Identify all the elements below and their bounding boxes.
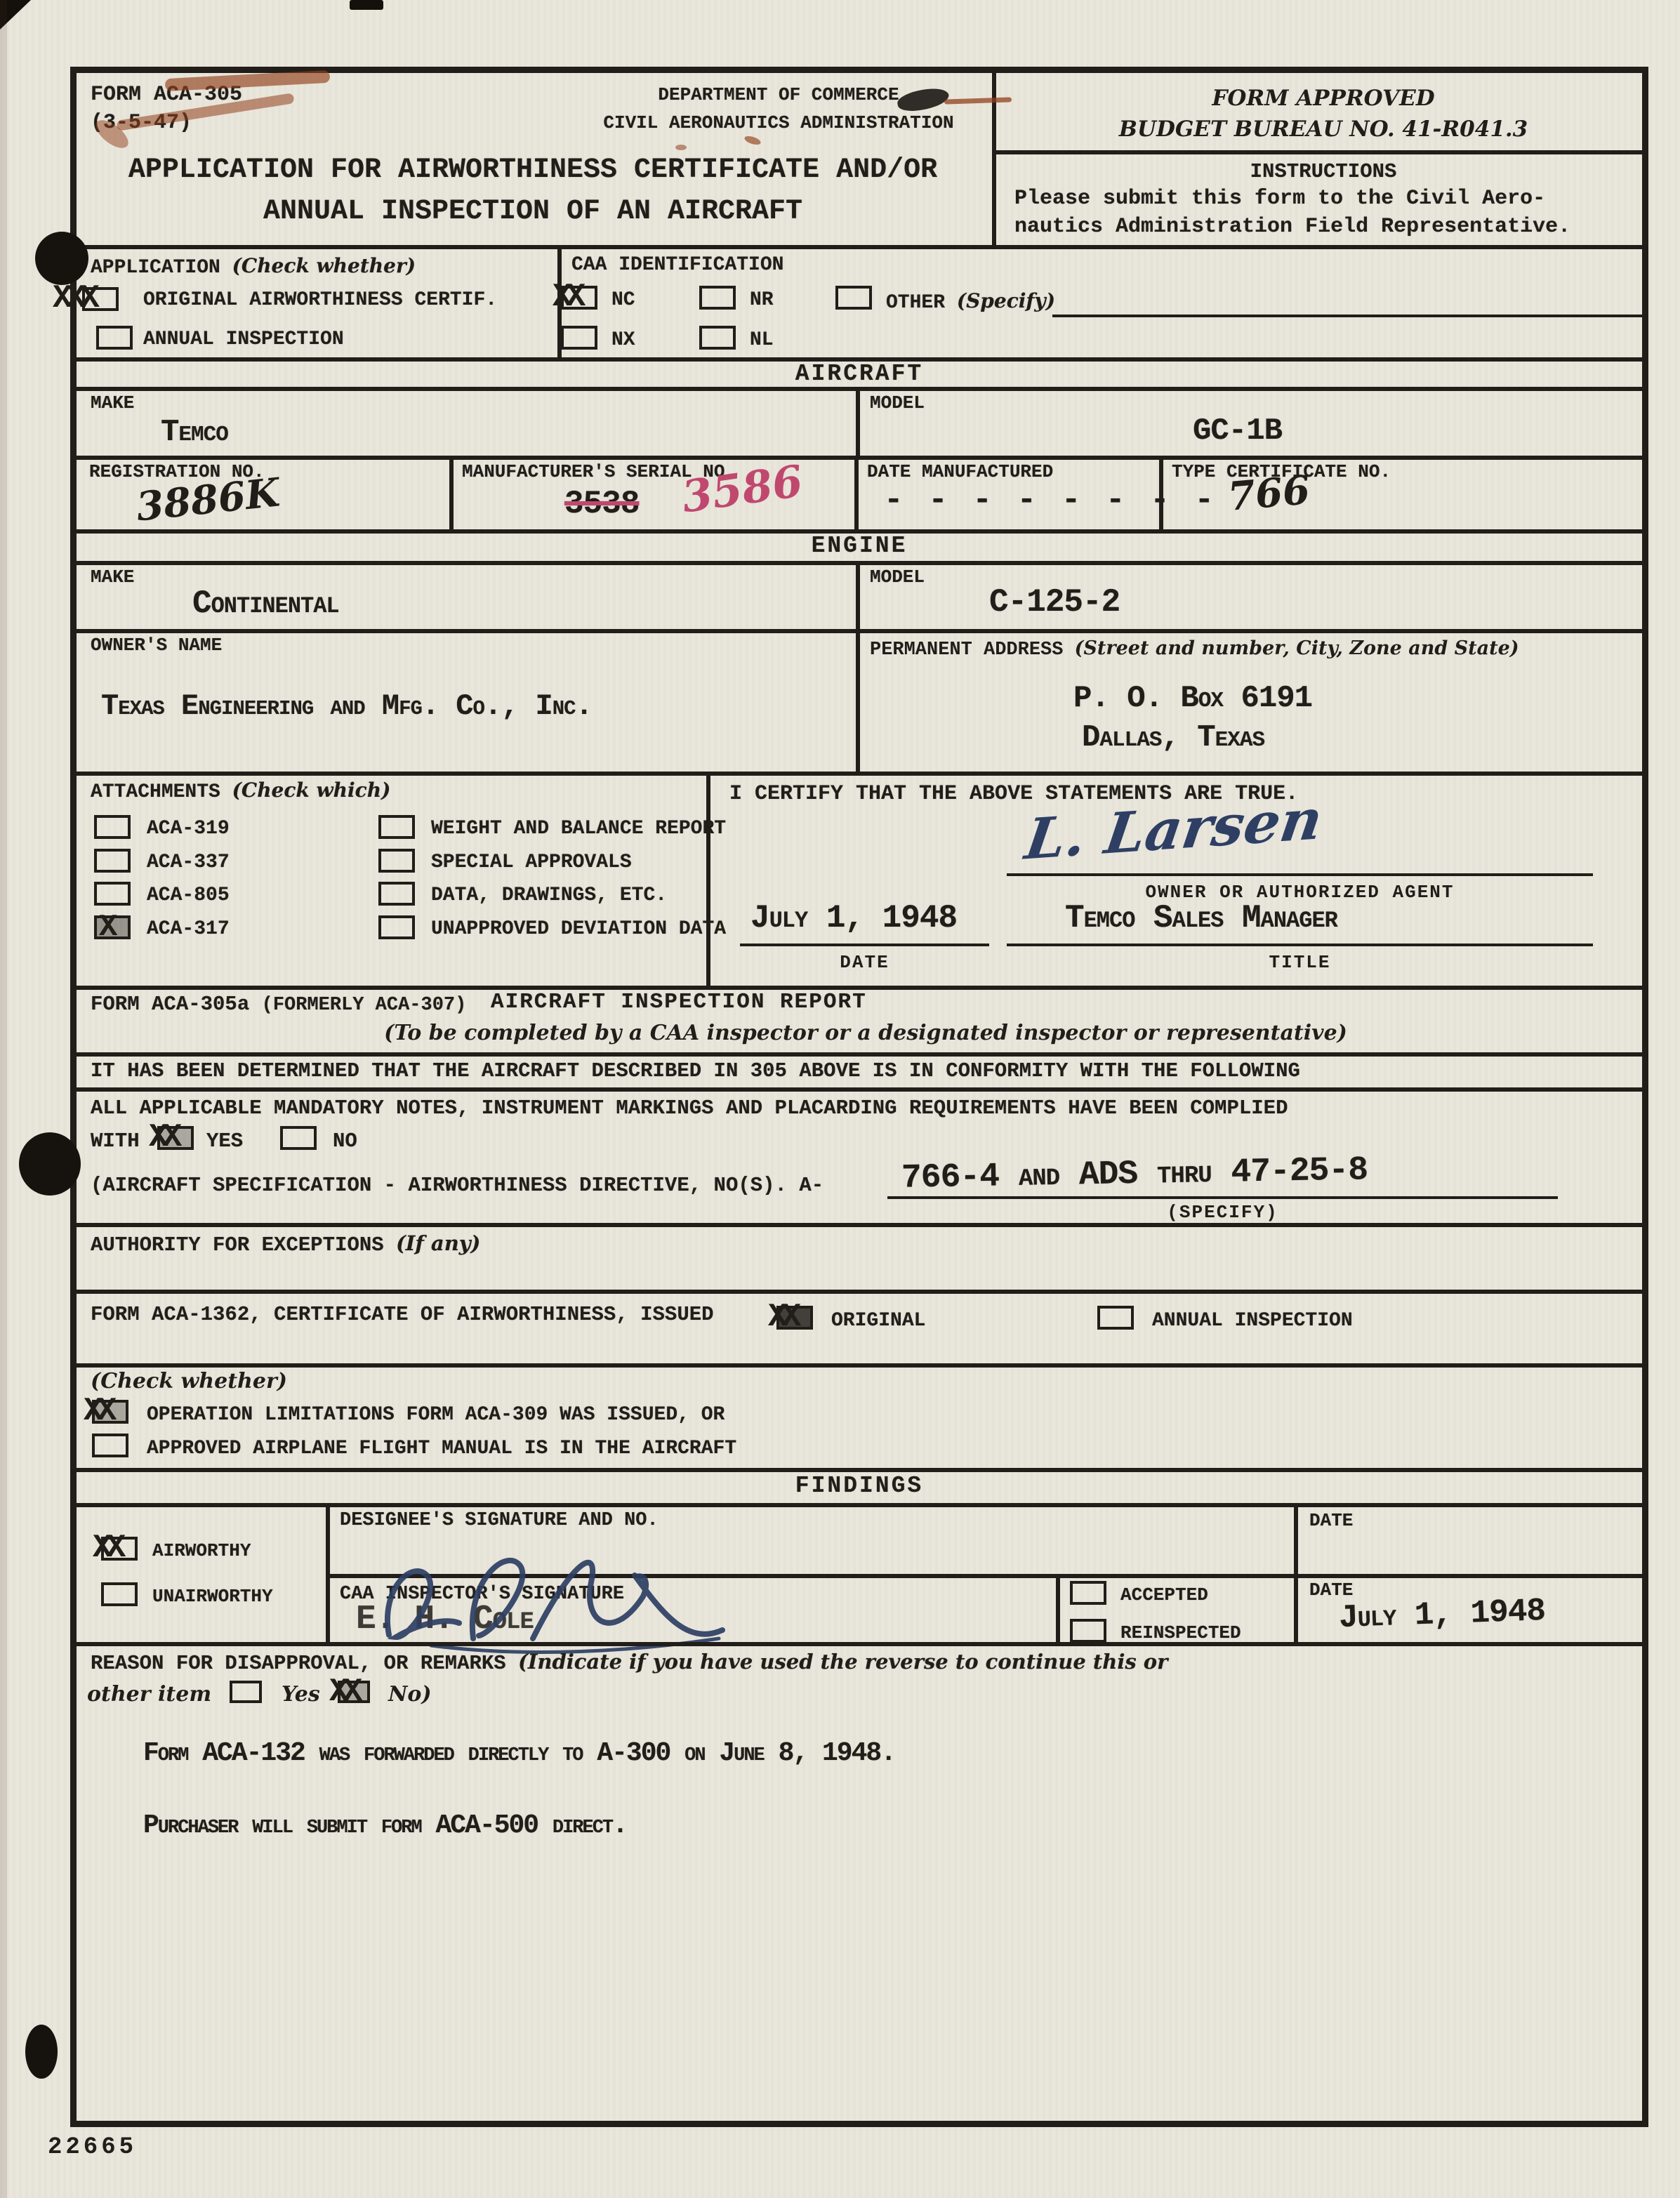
divider-line	[77, 629, 1642, 633]
checkbox-complied-yes[interactable]: XX	[157, 1126, 194, 1150]
divider-line	[854, 456, 859, 529]
option-label-weight-balance: WEIGHT AND BALANCE REPORT	[431, 818, 726, 840]
aircraft-model-label: MODEL	[870, 392, 925, 413]
page-title: APPLICATION FOR AIRWORTHINESS CERTIFICAT…	[119, 154, 947, 227]
check-mark: XX	[149, 1119, 176, 1156]
divider-line	[856, 561, 860, 772]
instructions-body: Please submit this form to the Civil Aer…	[1014, 187, 1646, 239]
divider-line	[326, 1503, 330, 1642]
remarks-note-line1: (Indicate if you have used the reverse t…	[518, 1650, 1168, 1674]
page-title-line2: ANNUAL INSPECTION OF AN AIRCRAFT	[119, 196, 947, 227]
checkbox-original-airworthiness-certif[interactable]: XXX	[82, 287, 119, 311]
remarks-note-item: other item	[87, 1682, 211, 1707]
permanent-address-label: PERMANENT ADDRESS (Street and number, Ci…	[870, 635, 1628, 664]
certify-title-value: Temco Sales Manager	[1065, 900, 1337, 936]
option-label-airworthy: AIRWORTHY	[152, 1540, 251, 1561]
authority-exceptions-label: AUTHORITY FOR EXCEPTIONS (If any)	[91, 1231, 480, 1257]
divider-line	[706, 772, 710, 986]
other-label-text: OTHER	[886, 292, 945, 314]
engine-make-value: Continental	[192, 585, 339, 622]
report-title: AIRCRAFT INSPECTION REPORT	[491, 990, 867, 1014]
checkbox-unapproved-deviation[interactable]	[378, 915, 415, 939]
rust-stain	[675, 145, 687, 150]
remarks-yes-label: Yes	[282, 1682, 320, 1707]
option-label-aca-805: ACA-805	[147, 885, 230, 906]
option-label-aca-337: ACA-337	[147, 852, 230, 873]
option-label-accepted: ACCEPTED	[1120, 1584, 1208, 1606]
complied-no-label: NO	[333, 1130, 357, 1153]
remarks-label: REASON FOR DISAPPROVAL, OR REMARKS (Indi…	[91, 1650, 1168, 1675]
checkbox-1362-original[interactable]: XX	[776, 1306, 813, 1330]
divider-line	[77, 1468, 1642, 1472]
checkbox-remarks-yes[interactable]	[230, 1681, 262, 1703]
option-label-unairworthy: UNAIRWORTHY	[152, 1586, 273, 1607]
budget-bureau-number: BUDGET BUREAU NO. 41-R041.3	[992, 117, 1655, 142]
report-form-label-text: FORM ACA-305a	[91, 993, 249, 1016]
option-label-flight-manual: APPROVED AIRPLANE FLIGHT MANUAL IS IN TH…	[147, 1438, 736, 1459]
option-label-reinspected: REINSPECTED	[1120, 1622, 1241, 1643]
with-label: WITH	[91, 1130, 140, 1153]
determination-statement: IT HAS BEEN DETERMINED THAT THE AIRCRAFT…	[91, 1059, 1300, 1083]
option-label-original-airworthiness: ORIGINAL AIRWORTHINESS CERTIF.	[143, 289, 497, 311]
check-mark: XX	[329, 1674, 357, 1710]
divider-line	[1294, 1503, 1298, 1642]
other-specify-field[interactable]	[1052, 315, 1642, 317]
checkbox-other[interactable]	[835, 286, 872, 310]
certify-date-value: July 1, 1948	[750, 900, 957, 936]
checkbox-remarks-no[interactable]: XX	[338, 1681, 370, 1703]
aircraft-model-value: GC-1B	[1193, 413, 1282, 449]
divider-line	[77, 1052, 1642, 1057]
attachments-label: ATTACHMENTS (Check which)	[91, 779, 390, 803]
application-note: (Check whether)	[232, 254, 416, 277]
remarks-no-label: No)	[388, 1682, 432, 1707]
punch-hole	[19, 1132, 81, 1196]
address-note: (Street and number, City, Zone and State…	[1075, 637, 1519, 659]
divider-line	[77, 1223, 1642, 1227]
caa-identification-label: CAA IDENTIFICATION	[571, 254, 783, 276]
remarks-line1: Form ACA-132 was forwarded directly to A…	[143, 1738, 895, 1768]
compliance-statement: ALL APPLICABLE MANDATORY NOTES, INSTRUME…	[91, 1097, 1288, 1120]
aca1362-label: FORM ACA-1362, CERTIFICATE OF AIRWORTHIN…	[91, 1303, 714, 1326]
aircraft-section-title: AIRCRAFT	[77, 361, 1642, 387]
type-certificate-value: 766	[1226, 467, 1311, 520]
checkbox-1362-annual-inspection[interactable]	[1097, 1306, 1134, 1330]
divider-line	[77, 1363, 1642, 1368]
scanned-form-page: FORM ACA-305 (3-5-47) DEPARTMENT OF COMM…	[0, 0, 1680, 2198]
findings-date1-label: DATE	[1309, 1510, 1353, 1531]
checkbox-nx[interactable]	[561, 326, 597, 350]
engine-model-label: MODEL	[870, 567, 925, 588]
specify-caption: (SPECIFY)	[887, 1202, 1558, 1223]
checkbox-operation-limitations[interactable]: XX	[92, 1400, 128, 1424]
attachments-note: (Check which)	[232, 779, 391, 802]
scan-edge-shadow	[0, 0, 7, 2198]
checkbox-accepted[interactable]	[1070, 1581, 1106, 1605]
option-label-annual-inspection: ANNUAL INSPECTION	[143, 329, 344, 350]
aircraft-make-value: Temco	[161, 415, 228, 450]
form-approved-box: FORM APPROVED BUDGET BUREAU NO. 41-R041.…	[992, 86, 1655, 142]
report-subtitle: (To be completed by a CAA inspector or a…	[77, 1021, 1655, 1045]
option-label-nx: NX	[611, 329, 635, 351]
punch-hole	[25, 2025, 58, 2079]
option-label-operation-limitations: OPERATION LIMITATIONS FORM ACA-309 WAS I…	[147, 1404, 725, 1426]
option-label-nl: NL	[750, 329, 774, 351]
checkbox-aca-337[interactable]	[94, 849, 131, 873]
attachments-label-text: ATTACHMENTS	[91, 781, 220, 803]
option-label-nc: NC	[611, 289, 635, 311]
divider-line	[77, 1642, 1642, 1646]
divider-line	[77, 1290, 1642, 1294]
owner-name-value: Texas Engineering and Mfg. Co., Inc.	[101, 689, 593, 723]
check-mark: XX	[93, 1530, 120, 1566]
date-manufactured-label: DATE MANUFACTURED	[867, 461, 1053, 482]
check-mark: XX	[768, 1299, 795, 1335]
checkbox-nl[interactable]	[699, 326, 736, 350]
divider-line	[1056, 1574, 1060, 1642]
owner-address-line1: P. O. Box 6191	[1073, 681, 1312, 716]
check-mark: XXX	[53, 280, 94, 317]
option-label-unapproved-deviation: UNAPPROVED DEVIATION DATA	[431, 918, 726, 940]
findings-date2-label: DATE	[1309, 1580, 1353, 1601]
divider-line	[77, 772, 1642, 776]
checkbox-reinspected[interactable]	[1070, 1619, 1106, 1643]
divider-line	[992, 150, 1642, 154]
authority-label-text: AUTHORITY FOR EXCEPTIONS	[91, 1233, 384, 1257]
checkbox-aca-317[interactable]: X	[94, 915, 131, 939]
certify-date-line[interactable]	[740, 944, 989, 946]
owner-address-line2: Dallas, Texas	[1082, 720, 1264, 755]
report-subtitle-text: (To be completed by a CAA inspector or a…	[384, 1021, 1347, 1045]
checkbox-aca-319[interactable]	[94, 815, 131, 839]
instructions-line1: Please submit this form to the Civil Aer…	[1014, 187, 1646, 211]
other-specify-note: (Specify)	[957, 289, 1055, 312]
engine-model-value: C-125-2	[989, 584, 1120, 621]
option-label-data-drawings: DATA, DRAWINGS, ETC.	[431, 885, 667, 906]
document-serial-stamp: 22665	[48, 2134, 137, 2161]
divider-line	[77, 1087, 1642, 1092]
checkbox-airworthy[interactable]: XX	[101, 1537, 138, 1561]
findings-section-title: FINDINGS	[77, 1473, 1642, 1499]
instructions-title: INSTRUCTIONS	[992, 160, 1655, 183]
report-formerly-note: (FORMERLY ACA-307)	[262, 995, 467, 1016]
divider-line	[77, 456, 1642, 460]
checkbox-aca-805[interactable]	[94, 882, 131, 906]
checkbox-unairworthy[interactable]	[101, 1582, 138, 1606]
checkbox-weight-balance-report[interactable]	[378, 815, 415, 839]
serial-typed-struck-value: 3538	[564, 486, 639, 522]
punch-hole	[35, 232, 88, 285]
check-mark: X	[99, 910, 117, 945]
application-label: APPLICATION (Check whether)	[91, 254, 416, 279]
form-border: FORM ACA-305 (3-5-47) DEPARTMENT OF COMM…	[70, 67, 1648, 2127]
option-label-nr: NR	[750, 289, 774, 311]
checkbox-nr[interactable]	[699, 286, 736, 310]
address-label-text: PERMANENT ADDRESS	[870, 640, 1063, 661]
designee-signature-label: DESIGNEE'S SIGNATURE AND NO.	[340, 1510, 659, 1531]
scan-edge-artifact	[350, 0, 383, 10]
option-label-aca-317: ACA-317	[147, 918, 230, 940]
spec-directive-value: 766-4 and ADS thru 47-25-8	[901, 1151, 1368, 1198]
divider-line	[856, 387, 860, 456]
spec-directive-label: (AIRCRAFT SPECIFICATION - AIRWORTHINESS …	[91, 1174, 824, 1197]
divider-line	[449, 456, 454, 529]
application-label-text: APPLICATION	[91, 257, 220, 279]
page-title-line1: APPLICATION FOR AIRWORTHINESS CERTIFICAT…	[119, 154, 947, 186]
checkbox-special-approvals[interactable]	[378, 849, 415, 873]
option-label-special-approvals: SPECIAL APPROVALS	[431, 852, 632, 873]
aircraft-make-label: MAKE	[91, 392, 134, 413]
certify-title-line[interactable]	[1007, 944, 1593, 946]
checkbox-nc[interactable]: XX	[561, 286, 597, 310]
check-mark: XX	[84, 1393, 111, 1429]
remarks-line2: Purchaser will submit form ACA-500 direc…	[143, 1810, 627, 1841]
owner-signature-line[interactable]	[1007, 873, 1593, 876]
authority-note: (If any)	[396, 1231, 480, 1255]
option-label-1362-annual: ANNUAL INSPECTION	[1152, 1310, 1353, 1332]
findings-date2-value: July 1, 1948	[1338, 1593, 1546, 1636]
option-label-aca-319: ACA-319	[147, 818, 230, 840]
checkbox-annual-inspection[interactable]	[96, 326, 133, 350]
instructions-line2: nautics Administration Field Representat…	[1014, 215, 1646, 239]
engine-make-label: MAKE	[91, 567, 134, 588]
option-label-other: OTHER (Specify)	[886, 289, 1055, 314]
remarks-label-text: REASON FOR DISAPPROVAL, OR REMARKS	[91, 1652, 506, 1675]
complied-yes-label: YES	[206, 1130, 243, 1153]
divider-line	[77, 245, 1642, 249]
checkbox-flight-manual[interactable]	[92, 1434, 128, 1457]
date-manufactured-value: - - - - - - - -	[884, 482, 1217, 519]
divider-line	[77, 1503, 1642, 1507]
spec-directive-line[interactable]	[887, 1196, 1558, 1199]
checkbox-data-drawings[interactable]	[378, 882, 415, 906]
checkbox-complied-no[interactable]	[280, 1126, 317, 1150]
report-form-number: FORM ACA-305a (FORMERLY ACA-307)	[91, 993, 466, 1016]
option-label-1362-original: ORIGINAL	[831, 1310, 925, 1332]
check-whether-note: (Check whether)	[91, 1369, 287, 1393]
owner-name-label: OWNER'S NAME	[91, 635, 222, 656]
check-mark: XX	[553, 279, 580, 315]
engine-section-title: ENGINE	[77, 533, 1642, 559]
form-approved-line1: FORM APPROVED	[992, 86, 1655, 111]
certify-title-caption: TITLE	[1007, 952, 1593, 973]
department-line2: CIVIL AERONAUTICS ADMINISTRATION	[568, 112, 989, 133]
certify-date-caption: DATE	[740, 952, 989, 973]
